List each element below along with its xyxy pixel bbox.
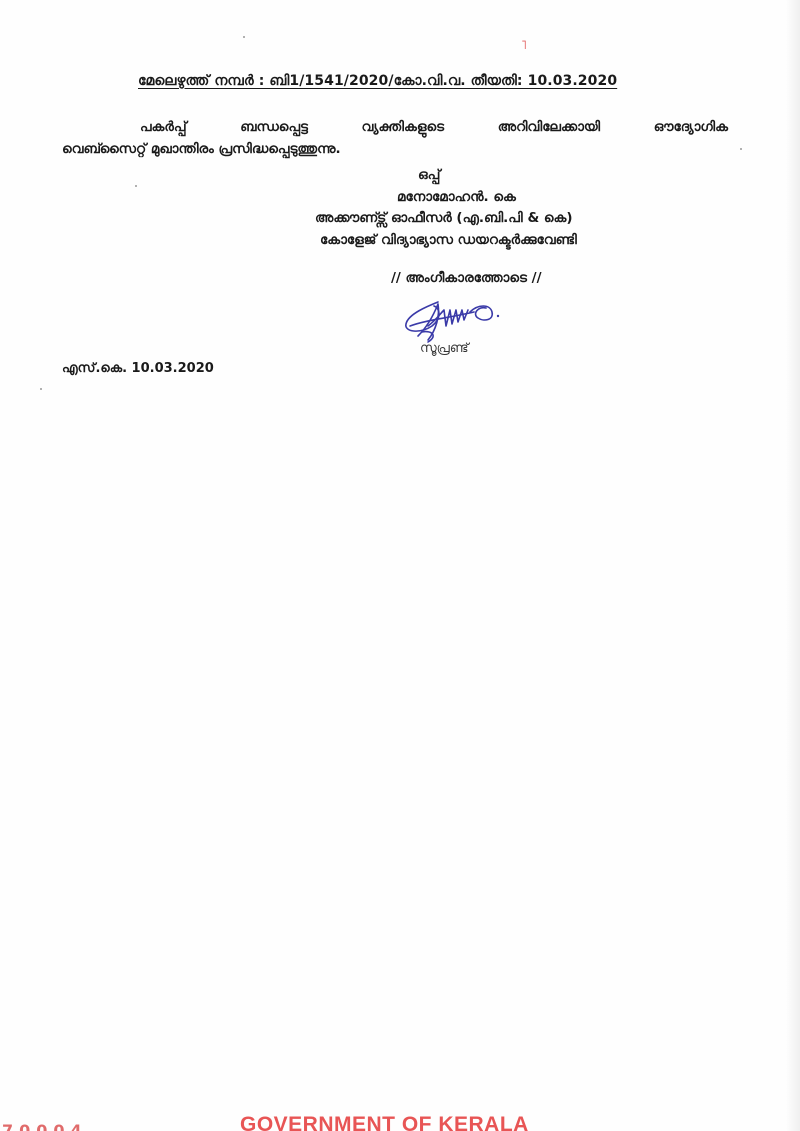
red-ink-mark: ˥ — [521, 38, 527, 52]
government-stamp: GOVERNMENT OF KERALA — [240, 1110, 529, 1131]
superintendent-title: സൂപ്രണ്ട് — [420, 341, 469, 356]
body-word: വ്യക്തികളുടെ — [362, 116, 445, 138]
signatory-name: മനോമോഹൻ. കെ — [397, 189, 516, 205]
body-word: ബന്ധപ്പെട്ട — [240, 116, 308, 138]
document-page: ˥ മേലെഴുത്ത് നമ്പർ : ബി1/1541/2020/കോ.വി… — [0, 0, 800, 1131]
approval-text: // അംഗീകാരത്തോടെ // — [391, 270, 542, 286]
body-paragraph: പകർപ്പ് ബന്ധപ്പെട്ട വ്യക്തികളുടെ അറിവിലേ… — [62, 116, 728, 160]
scan-speck — [40, 388, 42, 390]
body-word: പകർപ്പ് — [140, 116, 187, 138]
body-word: ഔദ്യോഗിക — [654, 116, 728, 138]
scan-speck — [740, 148, 742, 150]
signed-label: ഒപ്പ് — [418, 167, 440, 183]
footer-partial-number: 70004 — [2, 1116, 88, 1131]
reference-number-line: മേലെഴുത്ത് നമ്പർ : ബി1/1541/2020/കോ.വി.വ… — [138, 73, 617, 89]
body-word: അറിവിലേക്കായി — [498, 116, 600, 138]
handwritten-signature — [398, 296, 513, 346]
signatory-department: കോളേജ് വിദ്യാഭ്യാസ ഡയറക്ടർക്കുവേണ്ടി — [320, 232, 577, 248]
body-line-2: വെബ്സൈറ്റ് മുഖാന്തിരം പ്രസിദ്ധപ്പെടുത്തു… — [62, 138, 728, 160]
scan-speck — [243, 36, 245, 38]
initials-date: എസ്.കെ. 10.03.2020 — [62, 361, 214, 376]
scan-speck — [135, 185, 137, 187]
body-line-1: പകർപ്പ് ബന്ധപ്പെട്ട വ്യക്തികളുടെ അറിവിലേ… — [62, 116, 728, 138]
signatory-designation: അക്കൗണ്ട്സ് ഓഫീസർ (എ.ബി.പി & കെ) — [315, 210, 573, 226]
scan-edge-shadow — [786, 0, 800, 1131]
